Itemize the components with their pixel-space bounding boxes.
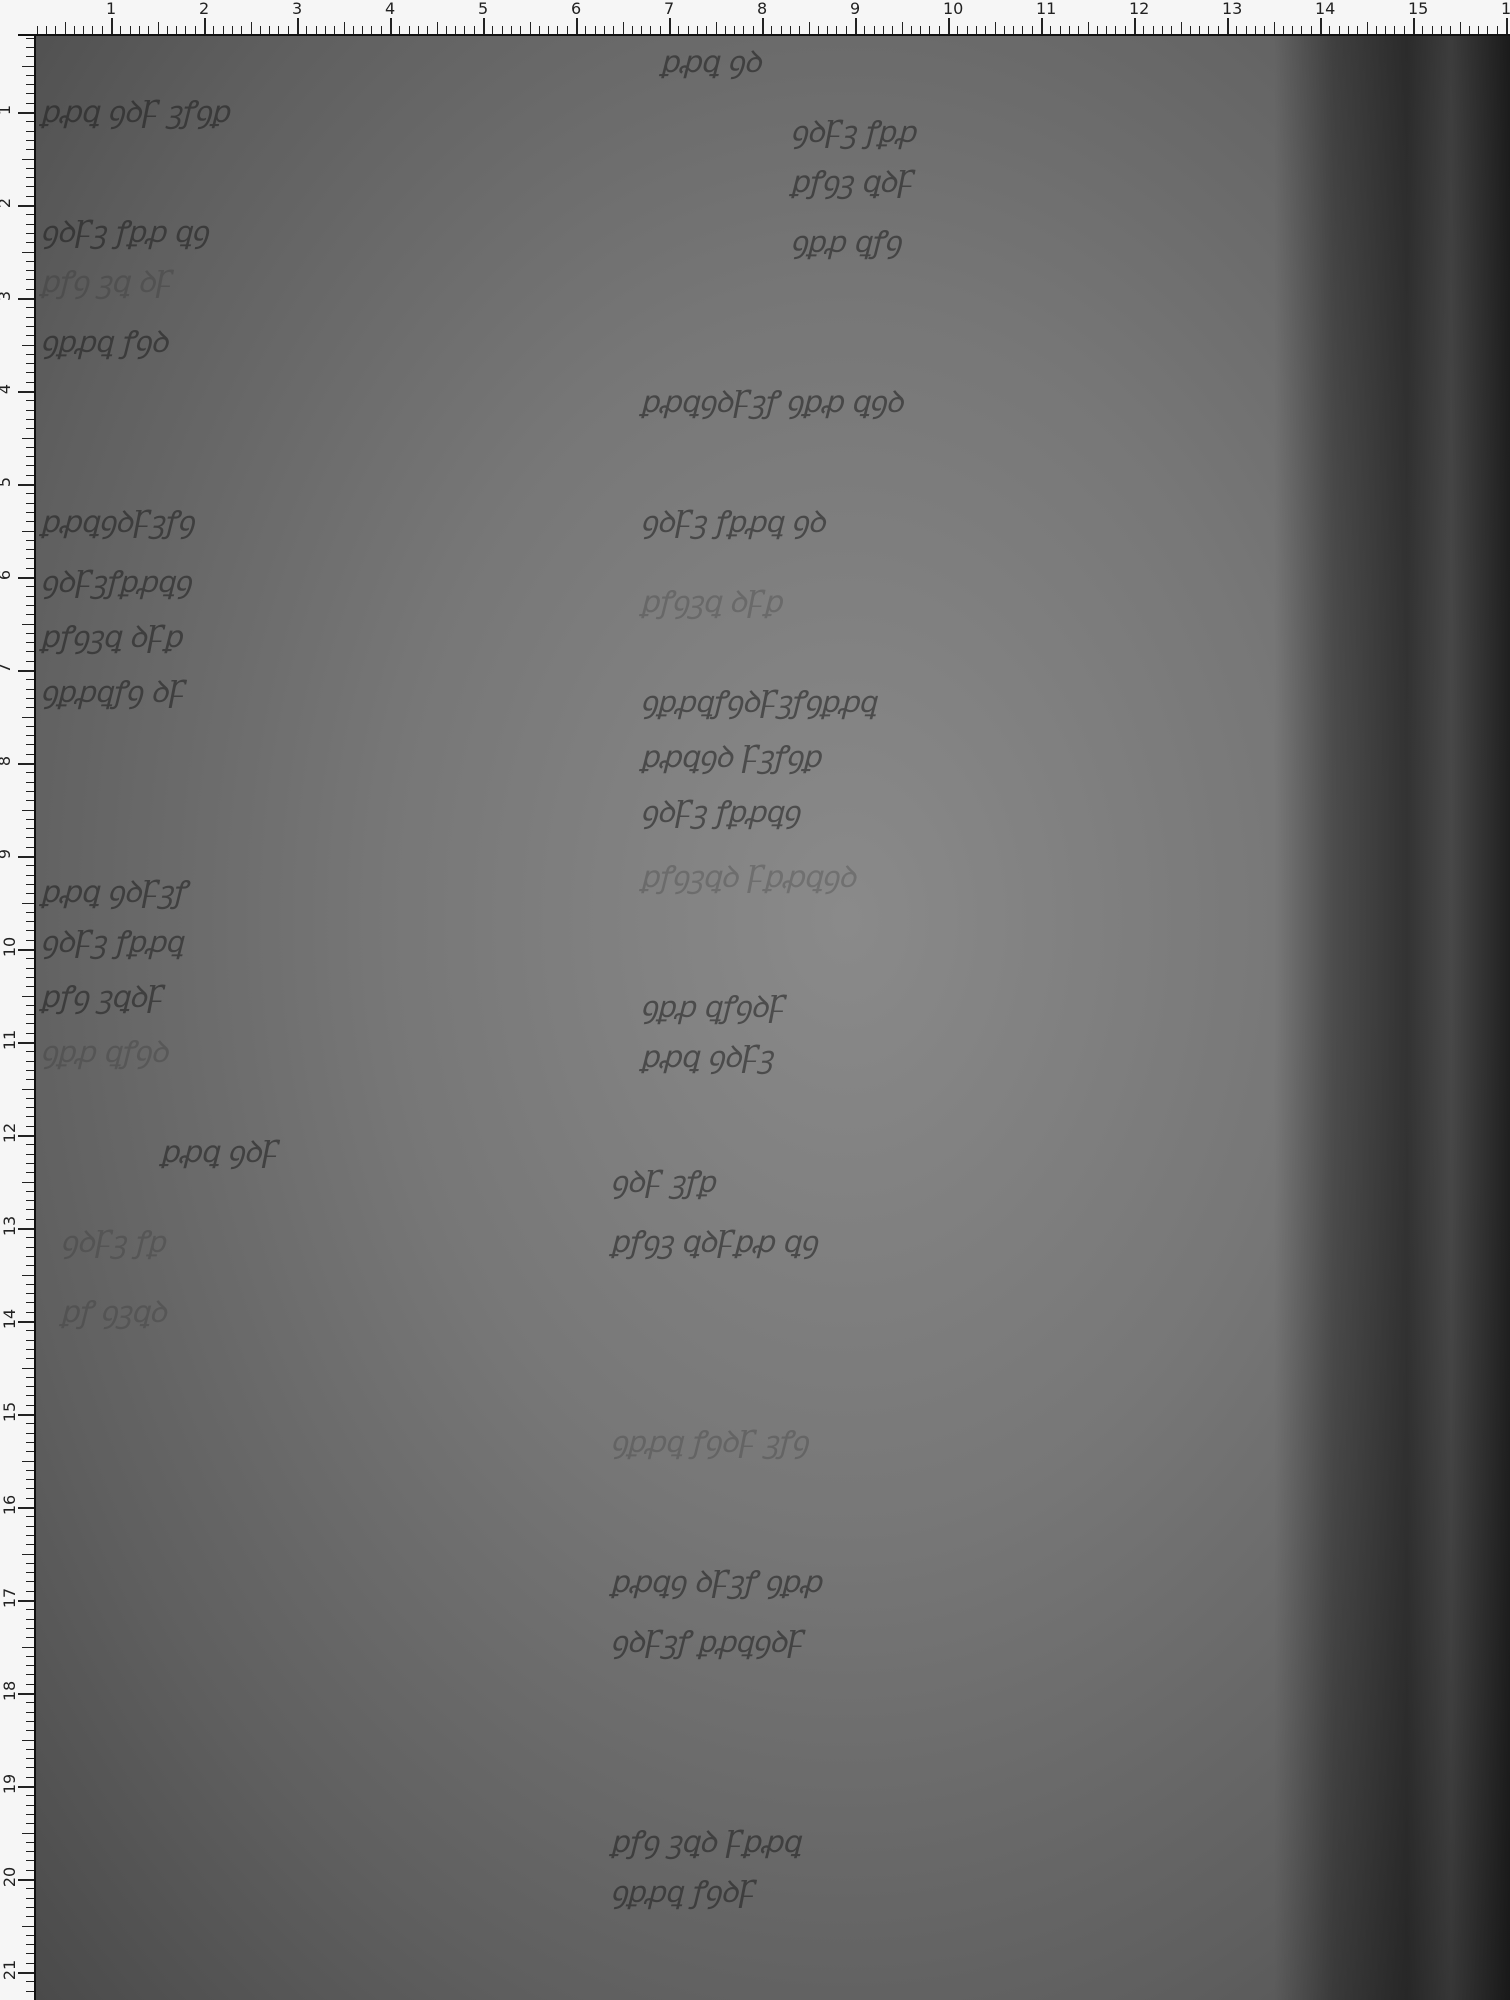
ruler-tick <box>26 38 34 39</box>
ruler-tick <box>846 26 847 34</box>
ruler-tick <box>288 26 289 34</box>
ruler-tick <box>26 540 34 541</box>
ruler-tick <box>502 26 503 34</box>
ruler-tick <box>26 1963 34 1964</box>
ruler-tick <box>26 614 34 615</box>
ruler-tick <box>1292 26 1293 34</box>
ruler-tick <box>26 651 34 652</box>
ruler-tick <box>26 977 34 978</box>
ruler-tick <box>22 1926 34 1927</box>
ruler-tick <box>26 1544 34 1545</box>
ruler-tick <box>26 921 34 922</box>
ruler-tick <box>18 1507 34 1509</box>
ruler-tick <box>539 26 540 34</box>
ruler-tick <box>26 1256 34 1257</box>
ruler-tick <box>827 26 828 34</box>
ruler-tick <box>26 1712 34 1713</box>
left-ruler-label: 17 <box>2 1588 18 1608</box>
ruler-tick <box>26 214 34 215</box>
ruler-corner-v <box>34 34 36 2000</box>
ruler-tick <box>26 586 34 587</box>
ruler-tick <box>26 233 34 234</box>
ruler-tick <box>18 298 34 300</box>
ruler-tick <box>26 1860 34 1861</box>
ruler-tick <box>22 1647 34 1648</box>
left-ruler-label: 20 <box>2 1867 18 1887</box>
ruler-tick <box>26 1023 34 1024</box>
ruler-tick <box>957 26 958 34</box>
manuscript-line: ꝑꝭꝯꝫ ꝗꝺꝻ <box>790 160 913 201</box>
ruler-tick <box>26 1302 34 1303</box>
ruler-tick <box>26 326 34 327</box>
top-ruler-label: 11 <box>1036 1 1056 17</box>
top-ruler-label: 9 <box>850 1 860 17</box>
left-ruler-label: 15 <box>2 1402 18 1422</box>
manuscript-line: ꝑꝭ ꝯꝫꝗꝺ <box>60 1290 166 1331</box>
ruler-tick <box>213 26 214 34</box>
ruler-tick <box>158 22 159 34</box>
ruler-tick <box>1125 26 1126 34</box>
ruler-tick <box>26 1154 34 1155</box>
ruler-tick <box>1506 18 1508 34</box>
ruler-tick <box>26 1563 34 1564</box>
ruler-tick <box>1227 18 1229 34</box>
ruler-tick <box>22 66 34 67</box>
manuscript-line: ꝑꝓꝗꝯꝺꝻꝫꝭꝯ <box>40 500 193 541</box>
ruler-tick <box>474 26 475 34</box>
ruler-tick <box>26 1628 34 1629</box>
ruler-tick <box>22 345 34 346</box>
ruler-tick <box>26 242 34 243</box>
ruler-tick <box>26 335 34 336</box>
ruler-tick <box>37 26 38 34</box>
top-ruler-label: 6 <box>571 1 581 17</box>
ruler-tick <box>26 1200 34 1201</box>
ruler-tick <box>26 800 34 801</box>
ruler-tick <box>604 26 605 34</box>
ruler-tick <box>26 1395 34 1396</box>
ruler-tick <box>18 670 34 672</box>
ruler-tick <box>725 26 726 34</box>
manuscript-line: ꝯꝺꝻꝫ ꝭꝑꝓ <box>790 110 915 151</box>
ruler-tick <box>920 26 921 34</box>
ruler-tick <box>297 18 299 34</box>
ruler-tick <box>1367 22 1368 34</box>
ruler-tick <box>26 1293 34 1294</box>
ruler-tick <box>1329 26 1330 34</box>
ruler-tick <box>381 26 382 34</box>
ruler-tick <box>26 224 34 225</box>
ruler-tick <box>26 698 34 699</box>
left-ruler-label: 3 <box>0 291 13 301</box>
ruler-tick <box>1478 26 1479 34</box>
ruler-tick <box>26 1163 34 1164</box>
left-ruler-label: 14 <box>2 1309 18 1329</box>
top-ruler-label: 14 <box>1315 1 1335 17</box>
ruler-tick <box>427 26 428 34</box>
ruler-tick <box>26 1656 34 1657</box>
ruler-tick <box>26 1981 34 1982</box>
ruler-tick <box>26 493 34 494</box>
ruler-tick <box>26 1721 34 1722</box>
ruler-tick <box>678 26 679 34</box>
ruler-tick <box>26 447 34 448</box>
left-ruler-label: 19 <box>2 1774 18 1794</box>
manuscript-line: ꝑꝭꝯꝫꝗꝺ Ꝼꝑꝓꝗꝯꝺ <box>640 855 855 896</box>
ruler-tick <box>26 1637 34 1638</box>
ruler-tick <box>26 103 34 104</box>
ruler-tick <box>26 865 34 866</box>
top-ruler-label: 5 <box>478 1 488 17</box>
ruler-tick <box>1162 26 1163 34</box>
ruler-tick <box>26 1888 34 1889</box>
ruler-tick <box>809 22 810 34</box>
left-ruler-label: 9 <box>0 849 13 859</box>
ruler-tick <box>139 26 140 34</box>
ruler-tick <box>1460 22 1461 34</box>
ruler-tick <box>26 196 34 197</box>
ruler-tick <box>418 26 419 34</box>
ruler-tick <box>26 1284 34 1285</box>
ruler-tick <box>1199 26 1200 34</box>
ruler-tick <box>26 1247 34 1248</box>
ruler-tick <box>855 18 857 34</box>
ruler-tick <box>1487 26 1488 34</box>
ruler-tick <box>26 912 34 913</box>
ruler-tick <box>762 18 764 34</box>
ruler-tick <box>26 1144 34 1145</box>
ruler-tick <box>26 456 34 457</box>
top-ruler-label: 1 <box>106 1 116 17</box>
manuscript-line: ꝯꝑꝓ ꝗꝭꝯ <box>790 220 900 261</box>
top-ruler-label: 8 <box>757 1 767 17</box>
ruler-tick <box>26 1898 34 1899</box>
ruler-tick <box>26 847 34 848</box>
ruler-tick <box>18 205 34 207</box>
top-ruler-label: 7 <box>664 1 674 17</box>
ruler-tick <box>26 1953 34 1954</box>
ruler-tick <box>26 372 34 373</box>
ruler-tick <box>18 1414 34 1416</box>
ruler-tick <box>399 26 400 34</box>
ruler-tick <box>1171 26 1172 34</box>
left-ruler-label: 21 <box>2 1960 18 1980</box>
ruler-tick <box>1078 26 1079 34</box>
ruler-tick <box>595 26 596 34</box>
ruler-tick <box>26 279 34 280</box>
ruler-tick <box>167 26 168 34</box>
ruler-tick <box>1255 26 1256 34</box>
ruler-tick <box>26 1795 34 1796</box>
ruler-tick <box>22 159 34 160</box>
ruler-tick <box>26 1061 34 1062</box>
ruler-tick <box>18 1786 34 1788</box>
ruler-tick <box>26 1209 34 1210</box>
ruler-tick <box>26 1619 34 1620</box>
ruler-tick <box>26 1916 34 1917</box>
ruler-tick <box>650 26 651 34</box>
left-ruler-label: 2 <box>0 198 13 208</box>
ruler-tick <box>278 26 279 34</box>
ruler-tick <box>985 26 986 34</box>
manuscript-line: ꝯꝺꝻꝫ ꝭꝑꝓꝗꝯ <box>640 790 799 831</box>
ruler-tick <box>26 605 34 606</box>
ruler-tick <box>1143 26 1144 34</box>
ruler-tick <box>18 1228 34 1230</box>
ruler-tick <box>836 26 837 34</box>
ruler-tick <box>1236 26 1237 34</box>
top-ruler-label: 4 <box>385 1 395 17</box>
ruler-tick <box>26 1172 34 1173</box>
ruler-tick <box>26 317 34 318</box>
manuscript-line: ꝯꝺꝻꝫ ꝭꝑꝓꝗ ꝯꝺ <box>640 500 824 541</box>
ruler-tick <box>18 1321 34 1323</box>
ruler-tick <box>892 26 893 34</box>
ruler-tick <box>18 577 34 579</box>
ruler-tick <box>260 26 261 34</box>
manuscript-line: ꝯꝺꝻꝫ ꝭꝑꝓ ꝗꝯ <box>40 210 208 251</box>
ruler-tick <box>1208 26 1209 34</box>
ruler-tick <box>1469 26 1470 34</box>
ruler-tick <box>26 47 34 48</box>
manuscript-line: ꝑꝓꝗꝯꝺꝻꝫꝭ ꝯꝑꝓ ꝗꝯꝺ <box>640 380 902 421</box>
ruler-tick <box>1376 26 1377 34</box>
ruler-tick <box>26 744 34 745</box>
ruler-tick <box>1218 26 1219 34</box>
ruler-tick <box>26 1591 34 1592</box>
ruler-tick <box>325 26 326 34</box>
ruler-tick <box>995 22 996 34</box>
ruler-tick <box>18 1042 34 1044</box>
manuscript-line: ꝑꝓꝗ ꝯꝺꝻꝫ <box>640 1035 772 1076</box>
ruler-tick <box>22 624 34 625</box>
ruler-tick <box>26 186 34 187</box>
ruler-tick <box>26 475 34 476</box>
ruler-tick <box>148 26 149 34</box>
ruler-tick <box>241 26 242 34</box>
ruler-tick <box>1301 26 1302 34</box>
ruler-tick <box>585 26 586 34</box>
left-ruler-label: 5 <box>0 477 13 487</box>
ruler-tick <box>1311 26 1312 34</box>
top-ruler-label: 12 <box>1129 1 1149 17</box>
ruler-tick <box>1264 26 1265 34</box>
manuscript-line: ꝑꝓꝗ ꝯꝺꝻꝫꝭ <box>40 870 185 911</box>
ruler-tick <box>26 1488 34 1489</box>
ruler-tick <box>26 1572 34 1573</box>
manuscript-line: ꝑꝭꝯ ꝫꝗ ꝺꝻ <box>40 260 172 301</box>
ruler-tick <box>1274 22 1275 34</box>
ruler-tick <box>26 419 34 420</box>
ruler-tick <box>1041 18 1043 34</box>
ruler-tick <box>26 689 34 690</box>
manuscript-line: ꝯꝺꝻꝫꝭꝑꝓꝗꝯ <box>40 560 190 601</box>
ruler-tick <box>660 26 661 34</box>
ruler-tick <box>26 754 34 755</box>
ruler-tick <box>22 1740 34 1741</box>
ruler-tick <box>976 26 977 34</box>
ruler-tick <box>26 512 34 513</box>
ruler-tick <box>1190 26 1191 34</box>
ruler-tick <box>26 1935 34 1936</box>
ruler-tick <box>26 363 34 364</box>
ruler-tick <box>371 26 372 34</box>
ruler-tick <box>26 75 34 76</box>
ruler-tick <box>55 26 56 34</box>
manuscript-line: ꝯꝺꝻꝫ ꝭꝑꝓꝗ <box>40 920 182 961</box>
ruler-tick <box>26 1851 34 1852</box>
ruler-tick <box>223 26 224 34</box>
manuscript-line: ꝑꝭꝯꝫ ꝗꝺꝻꝑꝓ ꝗꝯ <box>610 1220 817 1261</box>
ruler-tick <box>26 1219 34 1220</box>
ruler-tick <box>706 26 707 34</box>
ruler-tick <box>511 26 512 34</box>
ruler-tick <box>111 18 113 34</box>
ruler-tick <box>26 1805 34 1806</box>
ruler-tick <box>18 856 34 858</box>
ruler-tick <box>22 438 34 439</box>
ruler-tick <box>26 1442 34 1443</box>
ruler-tick <box>26 1265 34 1266</box>
ruler-tick <box>120 26 121 34</box>
ruler-tick <box>26 707 34 708</box>
manuscript-line: ꝑꝭꝯ ꝫꝗꝺ Ꝼꝑꝓꝗ <box>610 1820 800 1861</box>
ruler-tick <box>26 382 34 383</box>
ruler-tick <box>781 26 782 34</box>
ruler-tick <box>967 26 968 34</box>
ruler-tick <box>26 307 34 308</box>
ruler-tick <box>26 1349 34 1350</box>
ruler-tick <box>1422 26 1423 34</box>
ruler-tick <box>1385 26 1386 34</box>
manuscript-line: ꝑꝓꝗ ꝯꝺ <box>660 40 760 81</box>
ruler-tick <box>22 810 34 811</box>
ruler-tick <box>1404 26 1405 34</box>
ruler-tick <box>26 661 34 662</box>
ruler-tick <box>18 1972 34 1974</box>
top-ruler-label: 2 <box>199 1 209 17</box>
ruler-tick <box>26 726 34 727</box>
ruler-tick <box>26 1191 34 1192</box>
ruler-tick <box>26 1842 34 1843</box>
ruler-tick <box>26 1702 34 1703</box>
ruler-tick <box>26 1758 34 1759</box>
ruler-tick <box>26 1944 34 1945</box>
ruler-tick <box>874 26 875 34</box>
left-ruler-label: 7 <box>0 663 13 673</box>
ruler-tick <box>790 26 791 34</box>
left-ruler-label: 4 <box>0 384 13 394</box>
ruler-tick <box>26 465 34 466</box>
ruler-tick <box>26 1684 34 1685</box>
ruler-tick <box>26 958 34 959</box>
ruler-tick <box>26 84 34 85</box>
ruler-tick <box>26 1777 34 1778</box>
ruler-tick <box>26 1674 34 1675</box>
ruler-tick <box>22 903 34 904</box>
ruler-tick <box>26 1014 34 1015</box>
ruler-tick <box>26 642 34 643</box>
ruler-tick <box>26 1665 34 1666</box>
ruler-tick <box>1246 26 1247 34</box>
ruler-tick <box>26 1451 34 1452</box>
ruler-tick <box>18 391 34 393</box>
ruler-tick <box>26 940 34 941</box>
ruler-tick <box>743 26 744 34</box>
ruler-tick <box>26 633 34 634</box>
manuscript-line: ꝯꝑꝓ ꝗꝭꝯꝺ <box>40 1030 167 1071</box>
left-ruler-label: 13 <box>2 1216 18 1236</box>
ruler-tick <box>26 968 34 969</box>
ruler-tick <box>1134 18 1136 34</box>
ruler-tick <box>26 1237 34 1238</box>
top-ruler-label: 1 <box>1501 1 1510 17</box>
ruler-tick <box>26 1405 34 1406</box>
manuscript-line: ꝑꝓꝗꝯ ꝺꝻꝫꝭ ꝯꝑꝓ <box>610 1560 821 1601</box>
ruler-tick <box>1339 26 1340 34</box>
ruler-tick <box>799 26 800 34</box>
ruler-tick <box>306 26 307 34</box>
ruler-tick <box>92 26 93 34</box>
ruler-tick <box>26 884 34 885</box>
ruler-tick <box>26 893 34 894</box>
ruler-tick <box>632 26 633 34</box>
ruler-tick <box>1153 26 1154 34</box>
top-ruler-label: 3 <box>292 1 302 17</box>
left-ruler-label: 6 <box>0 570 13 580</box>
ruler-tick <box>26 596 34 597</box>
ruler-tick <box>26 428 34 429</box>
ruler-tick <box>26 1823 34 1824</box>
ruler-tick <box>1394 26 1395 34</box>
manuscript-line: ꝯꝺꝻꝫꝭ ꝑꝓꝗꝯꝺꝻ <box>610 1620 803 1661</box>
ruler-tick <box>26 735 34 736</box>
ruler-tick <box>1441 26 1442 34</box>
ruler-tick <box>1004 26 1005 34</box>
ruler-tick <box>1032 26 1033 34</box>
ruler-tick <box>26 121 34 122</box>
ruler-tick <box>18 1693 34 1695</box>
ruler-tick <box>26 1386 34 1387</box>
manuscript-line: ꝯꝑꝓꝗ ꝭꝯꝺ <box>40 320 167 361</box>
top-ruler: 01234567891011121314151 <box>0 0 1510 35</box>
left-ruler-label: 8 <box>0 756 13 766</box>
ruler-tick <box>520 26 521 34</box>
ruler-tick <box>26 131 34 132</box>
ruler-tick <box>1022 26 1023 34</box>
ruler-tick <box>26 177 34 178</box>
ruler-tick <box>26 140 34 141</box>
ruler-tick <box>1432 26 1433 34</box>
ruler-tick <box>26 828 34 829</box>
ruler-tick <box>26 1116 34 1117</box>
ruler-tick <box>902 22 903 34</box>
ruler-tick <box>26 782 34 783</box>
ruler-tick <box>1060 26 1061 34</box>
ruler-tick <box>26 1516 34 1517</box>
ruler-tick <box>26 1526 34 1527</box>
ruler-tick <box>22 1089 34 1090</box>
ruler-tick <box>26 149 34 150</box>
ruler-tick <box>22 996 34 997</box>
ruler-tick <box>26 875 34 876</box>
left-ruler-label: 11 <box>2 1030 18 1050</box>
manuscript-line: ꝯꝑꝓꝗ ꝭꝯꝺꝻ ꝫꝭꝯ <box>610 1420 807 1461</box>
ruler-tick <box>1283 26 1284 34</box>
ruler-tick <box>65 22 66 34</box>
ruler-tick <box>1181 22 1182 34</box>
ruler-tick <box>1413 18 1415 34</box>
